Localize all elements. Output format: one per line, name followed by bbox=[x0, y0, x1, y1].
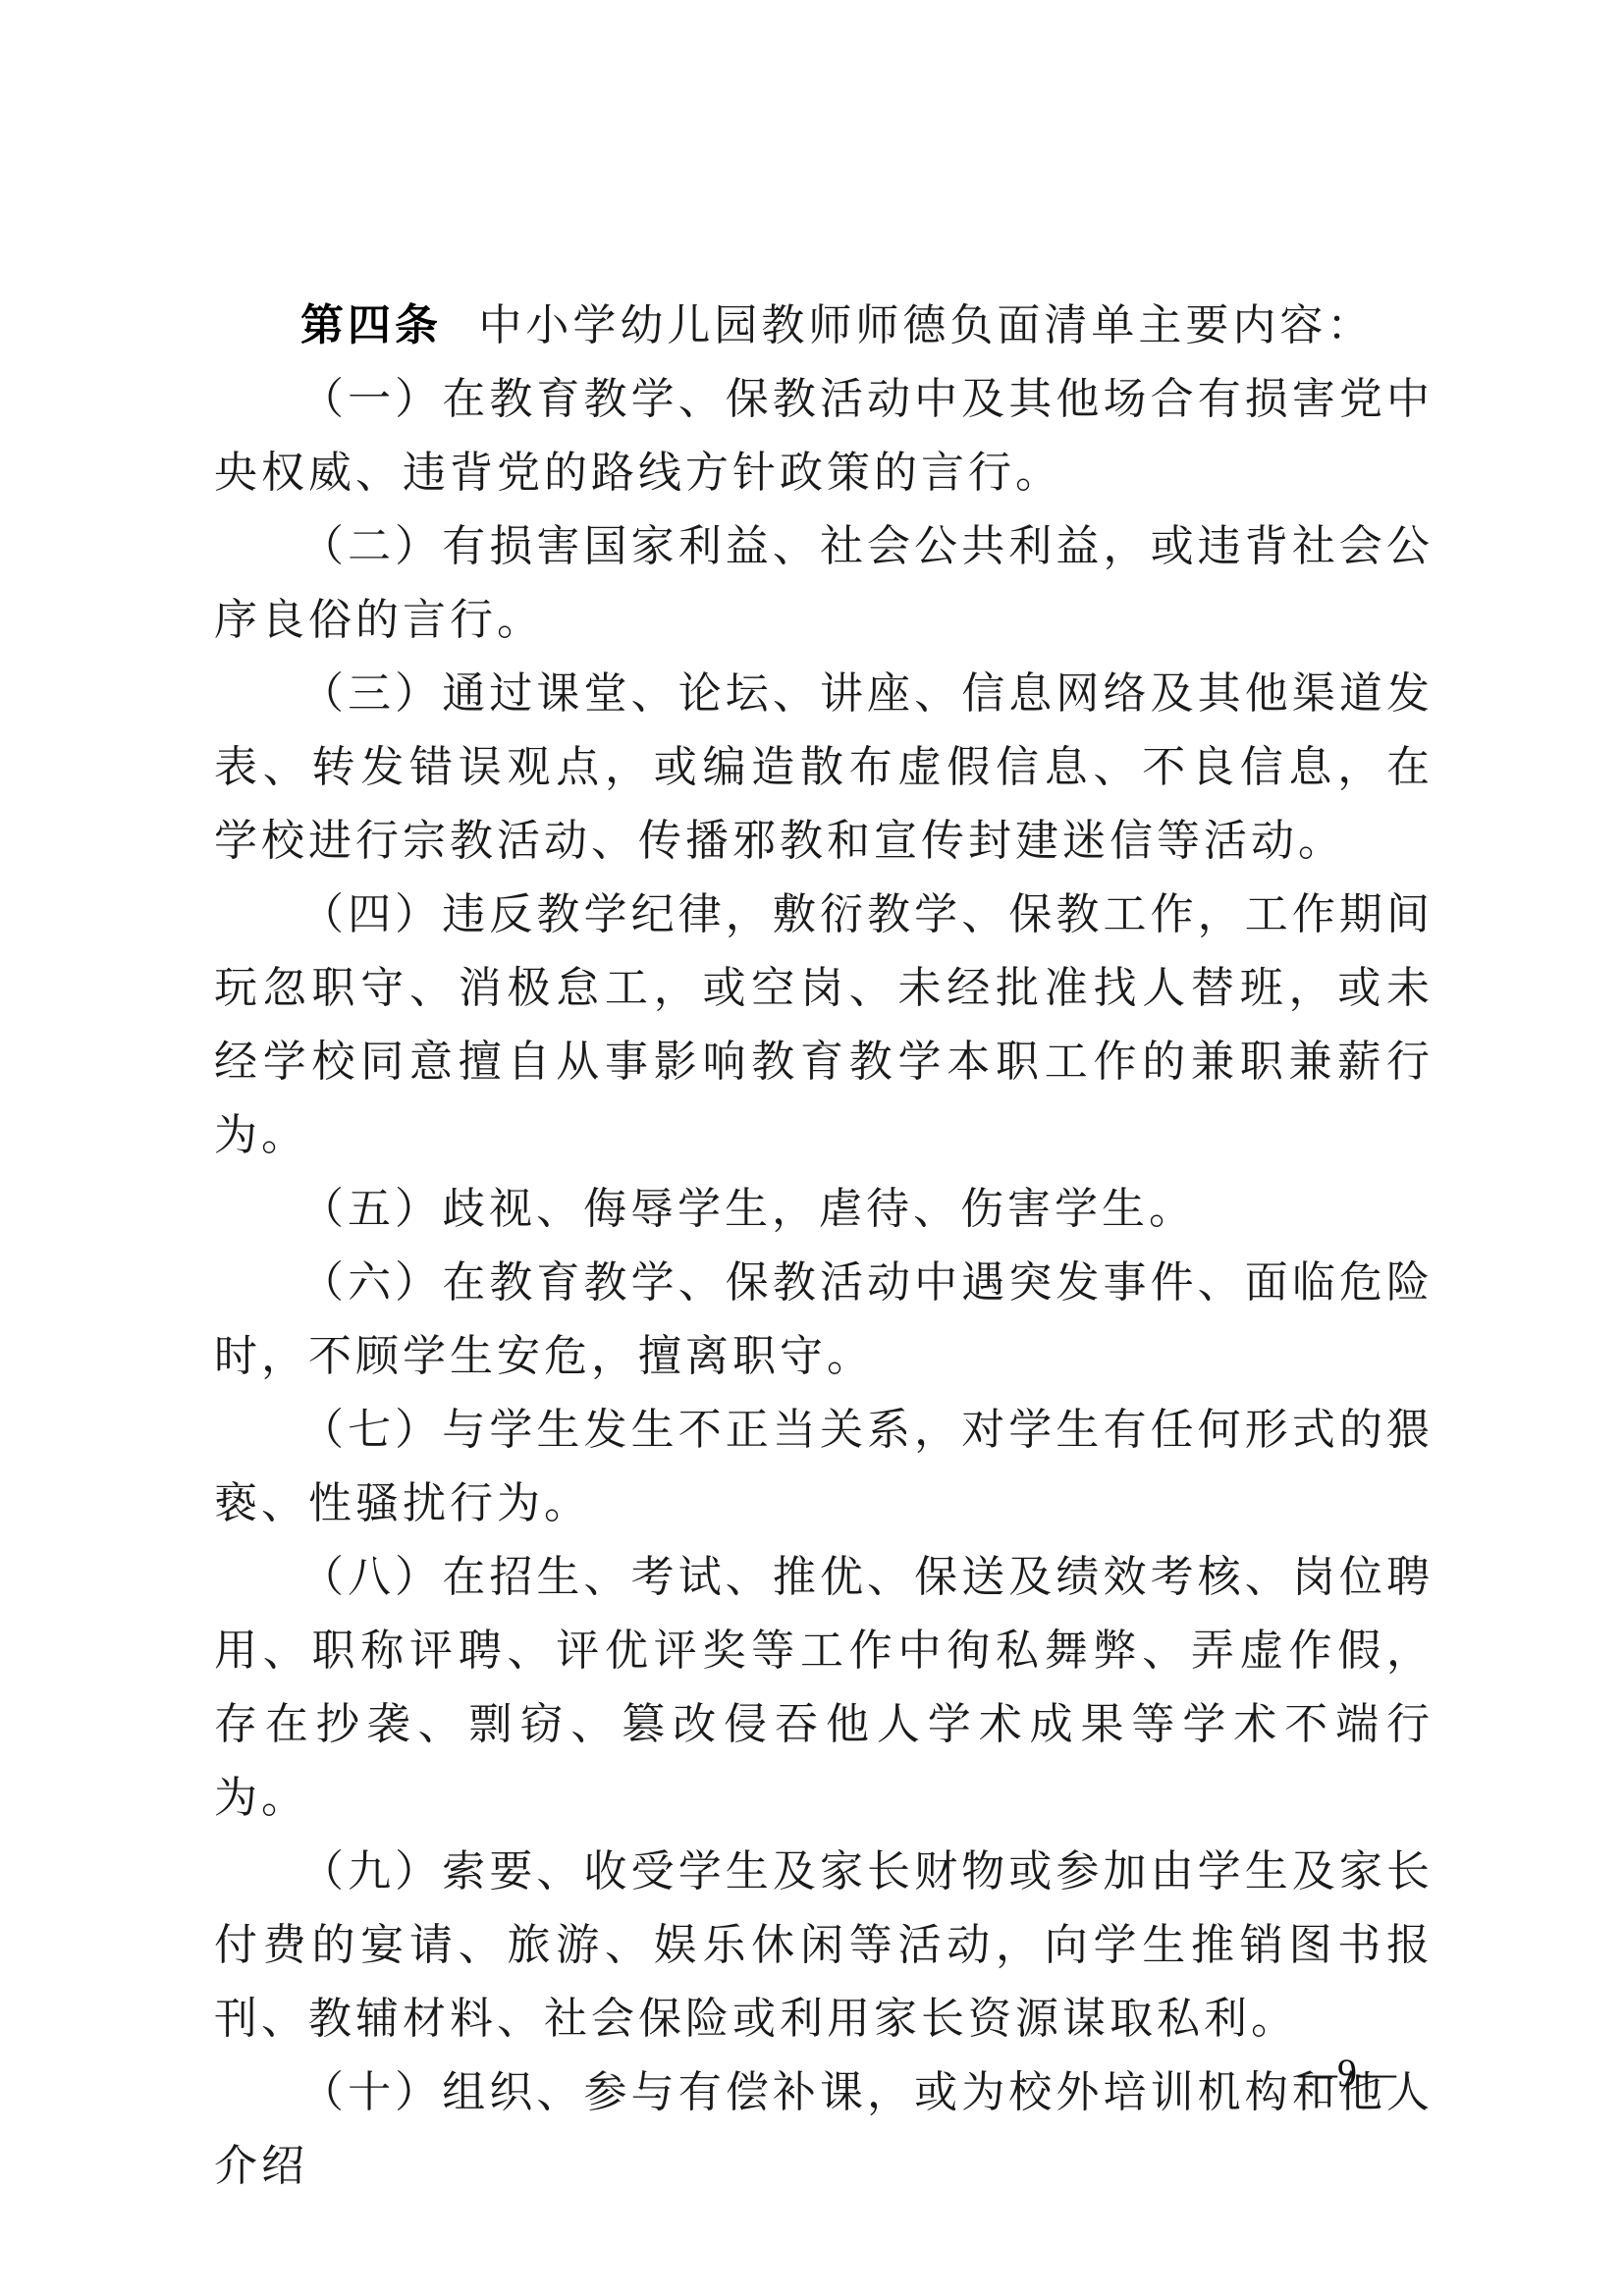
page-number: —9— bbox=[1298, 2052, 1396, 2095]
clause-paragraph-1: （一）在教育教学、保教活动中及其他场合有损害党中央权威、违背党的路线方针政策的言… bbox=[214, 362, 1434, 509]
clause-paragraph-6: （六）在教育教学、保教活动中遇突发事件、面临危险时，不顾学生安危，擅离职守。 bbox=[214, 1246, 1434, 1393]
document-page: 第四条中小学幼儿园教师师德负面清单主要内容： （一）在教育教学、保教活动中及其他… bbox=[0, 0, 1624, 2296]
clause-paragraph-9: （九）索要、收受学生及家长财物或参加由学生及家长付费的宴请、旅游、娱乐休闲等活动… bbox=[214, 1835, 1434, 2056]
clause-paragraph-5: （五）歧视、侮辱学生，虐待、伤害学生。 bbox=[214, 1172, 1434, 1246]
article-title: 中小学幼儿园教师师德负面清单主要内容： bbox=[478, 301, 1374, 349]
article-heading: 第四条中小学幼儿园教师师德负面清单主要内容： bbox=[214, 289, 1434, 362]
clause-paragraph-7: （七）与学生发生不正当关系，对学生有任何形式的猥亵、性骚扰行为。 bbox=[214, 1393, 1434, 1540]
clause-paragraph-2: （二）有损害国家利益、社会公共利益，或违背社会公序良俗的言行。 bbox=[214, 509, 1434, 657]
article-number: 第四条 bbox=[300, 301, 442, 349]
document-body: 第四条中小学幼儿园教师师德负面清单主要内容： （一）在教育教学、保教活动中及其他… bbox=[214, 289, 1434, 2203]
clause-paragraph-8: （八）在招生、考试、推优、保送及绩效考核、岗位聘用、职称评聘、评优评奖等工作中徇… bbox=[214, 1540, 1434, 1835]
clause-paragraph-4: （四）违反教学纪律，敷衍教学、保教工作，工作期间玩忽职守、消极怠工，或空岗、未经… bbox=[214, 878, 1434, 1172]
clause-paragraph-10: （十）组织、参与有偿补课，或为校外培训机构和他人介绍 bbox=[214, 2056, 1434, 2203]
clause-paragraph-3: （三）通过课堂、论坛、讲座、信息网络及其他渠道发表、转发错误观点，或编造散布虚假… bbox=[214, 657, 1434, 878]
